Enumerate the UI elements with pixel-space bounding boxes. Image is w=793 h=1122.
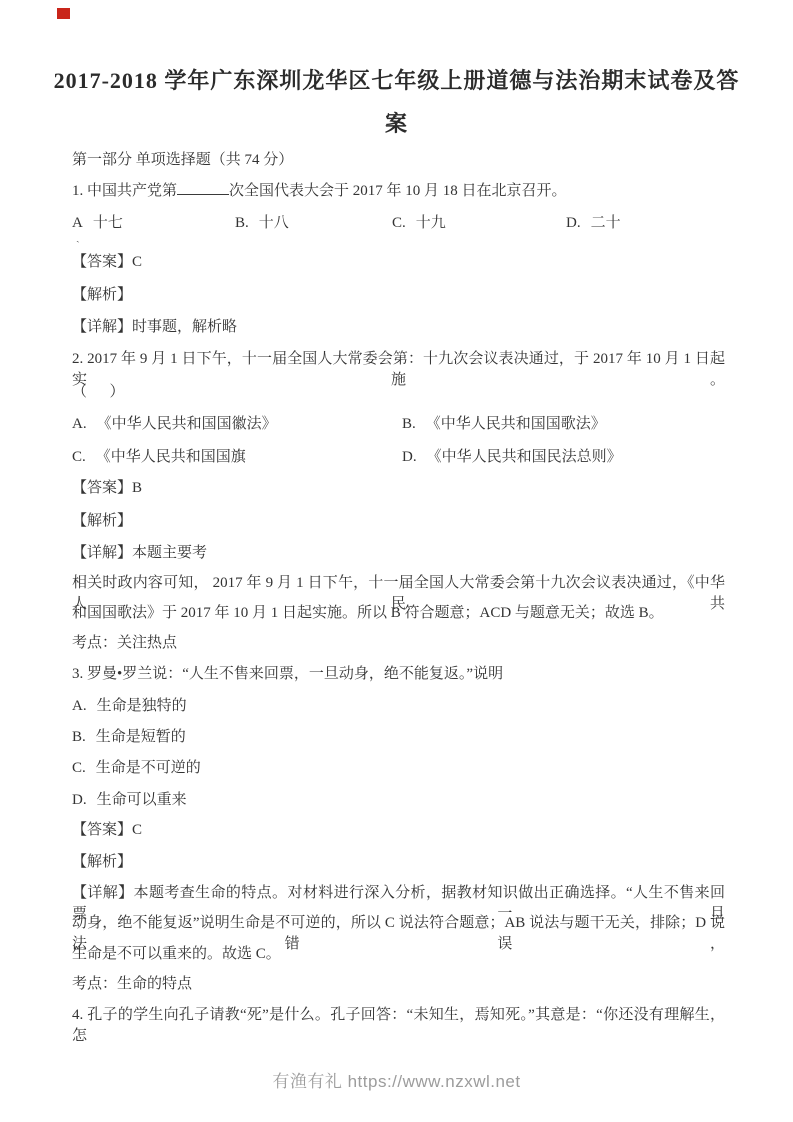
question-3-option-d: D.生命可以重来 xyxy=(72,790,187,811)
option-c-label: C. xyxy=(392,215,406,231)
option-d-text: 生命可以重来 xyxy=(97,792,187,808)
question-2-stem-line-1: 2. 2017 年 9 月 1 日下午，十一届全国人大常委会第：十九次会议表决通… xyxy=(72,349,725,391)
question-2-options-row-1: A.《中华人民共和国国徽法》 B.《中华人民共和国国歌法》 xyxy=(72,414,725,436)
question-1-stem: 1. 中国共产党第次全国代表大会于 2017 年 10 月 18 日在北京召开。 xyxy=(72,180,567,202)
question-3-option-b: B.生命是短暂的 xyxy=(72,727,186,748)
question-2-stem-line-2: （ ） xyxy=(72,382,125,403)
answer-2: 【答案】B xyxy=(72,478,142,499)
option-b-label: B. xyxy=(235,215,249,231)
question-2-options-row-2: C.《中华人民共和国国旗 D.《中华人民共和国民法总则》 xyxy=(72,447,725,469)
option-a-text: 生命是独特的 xyxy=(97,698,187,714)
option-b-text: 《中华人民共和国国歌法》 xyxy=(426,416,606,432)
option-a-label: A xyxy=(72,215,83,231)
answer-3: 【答案】C xyxy=(72,820,142,841)
option-b-text: 十八 xyxy=(259,215,289,231)
stray-mark: ˎ xyxy=(76,232,80,243)
exam-point-2: 考点：生命的特点 xyxy=(72,974,192,995)
option-c-text: 十九 xyxy=(416,215,446,231)
exam-document-page: 2017-2018 学年广东深圳龙华区七年级上册道德与法治期末试卷及答 案 第一… xyxy=(0,0,793,1122)
watermark-text: 有渔有礼 https://www.nzxwl.net xyxy=(272,1072,520,1091)
question-2-option-b: B.《中华人民共和国国歌法》 xyxy=(402,414,606,435)
question-1-option-d: D.二十 xyxy=(566,213,621,234)
option-c-label: C. xyxy=(72,449,86,465)
analysis-3: 【解析】 xyxy=(72,852,132,873)
answer-1: 【答案】C xyxy=(72,252,142,273)
question-4-stem: 4. 孔子的学生向孔子请教“死”是什么。孔子回答：“未知生，焉知死。”其意是：“… xyxy=(72,1005,725,1047)
question-1-option-b: B.十八 xyxy=(235,213,289,234)
detail-2-line-3: 和国国歌法》于 2017 年 10 月 1 日起实施。所以 B 符合题意；ACD… xyxy=(72,603,664,624)
option-a-text: 《中华人民共和国国徽法》 xyxy=(97,416,277,432)
option-b-label: B. xyxy=(72,729,86,745)
option-d-text: 二十 xyxy=(591,215,621,231)
exam-point-1: 考点：关注热点 xyxy=(72,633,177,654)
question-3-stem: 3. 罗曼•罗兰说：“人生不售来回票，一旦动身，绝不能复返。”说明 xyxy=(72,664,503,685)
footer-watermark: 有渔有礼 https://www.nzxwl.net xyxy=(0,1071,793,1092)
option-b-label: B. xyxy=(402,416,416,432)
option-a-label: A. xyxy=(72,416,87,432)
question-1-options-row: A十七 B.十八 C.十九 D.二十 xyxy=(72,213,725,235)
analysis-2: 【解析】 xyxy=(72,511,132,532)
option-d-text: 《中华人民共和国民法总则》 xyxy=(427,449,622,465)
page-title-line-2: 案 xyxy=(0,113,793,134)
detail-2-line-1: 【详解】本题主要考 xyxy=(72,543,207,564)
blank-underline xyxy=(177,180,229,195)
question-3-option-a: A.生命是独特的 xyxy=(72,696,187,717)
option-d-label: D. xyxy=(566,215,581,231)
option-d-label: D. xyxy=(72,792,87,808)
detail-1: 【详解】时事题，解析略 xyxy=(72,317,237,338)
option-a-text: 十七 xyxy=(93,215,123,231)
question-1-option-c: C.十九 xyxy=(392,213,446,234)
question-2-option-d: D.《中华人民共和国民法总则》 xyxy=(402,447,622,468)
question-1-stem-suffix: 次全国代表大会于 2017 年 10 月 18 日在北京召开。 xyxy=(229,183,567,199)
option-a-label: A. xyxy=(72,698,87,714)
question-1-stem-prefix: 1. 中国共产党第 xyxy=(72,183,177,199)
question-2-option-a: A.《中华人民共和国国徽法》 xyxy=(72,414,277,435)
analysis-1: 【解析】 xyxy=(72,285,132,306)
option-c-text: 生命是不可逆的 xyxy=(96,760,201,776)
red-marker xyxy=(57,8,70,19)
question-3-option-c: C.生命是不可逆的 xyxy=(72,758,201,779)
option-b-text: 生命是短暂的 xyxy=(96,729,186,745)
section-header: 第一部分 单项选择题（共 74 分） xyxy=(72,150,293,171)
option-c-label: C. xyxy=(72,760,86,776)
option-d-label: D. xyxy=(402,449,417,465)
question-2-option-c: C.《中华人民共和国国旗 xyxy=(72,447,246,468)
option-c-text: 《中华人民共和国国旗 xyxy=(96,449,246,465)
page-title-line-1: 2017-2018 学年广东深圳龙华区七年级上册道德与法治期末试卷及答 xyxy=(0,70,793,91)
detail-3-line-3: 生命是不可以重来的。故选 C。 xyxy=(72,944,281,965)
